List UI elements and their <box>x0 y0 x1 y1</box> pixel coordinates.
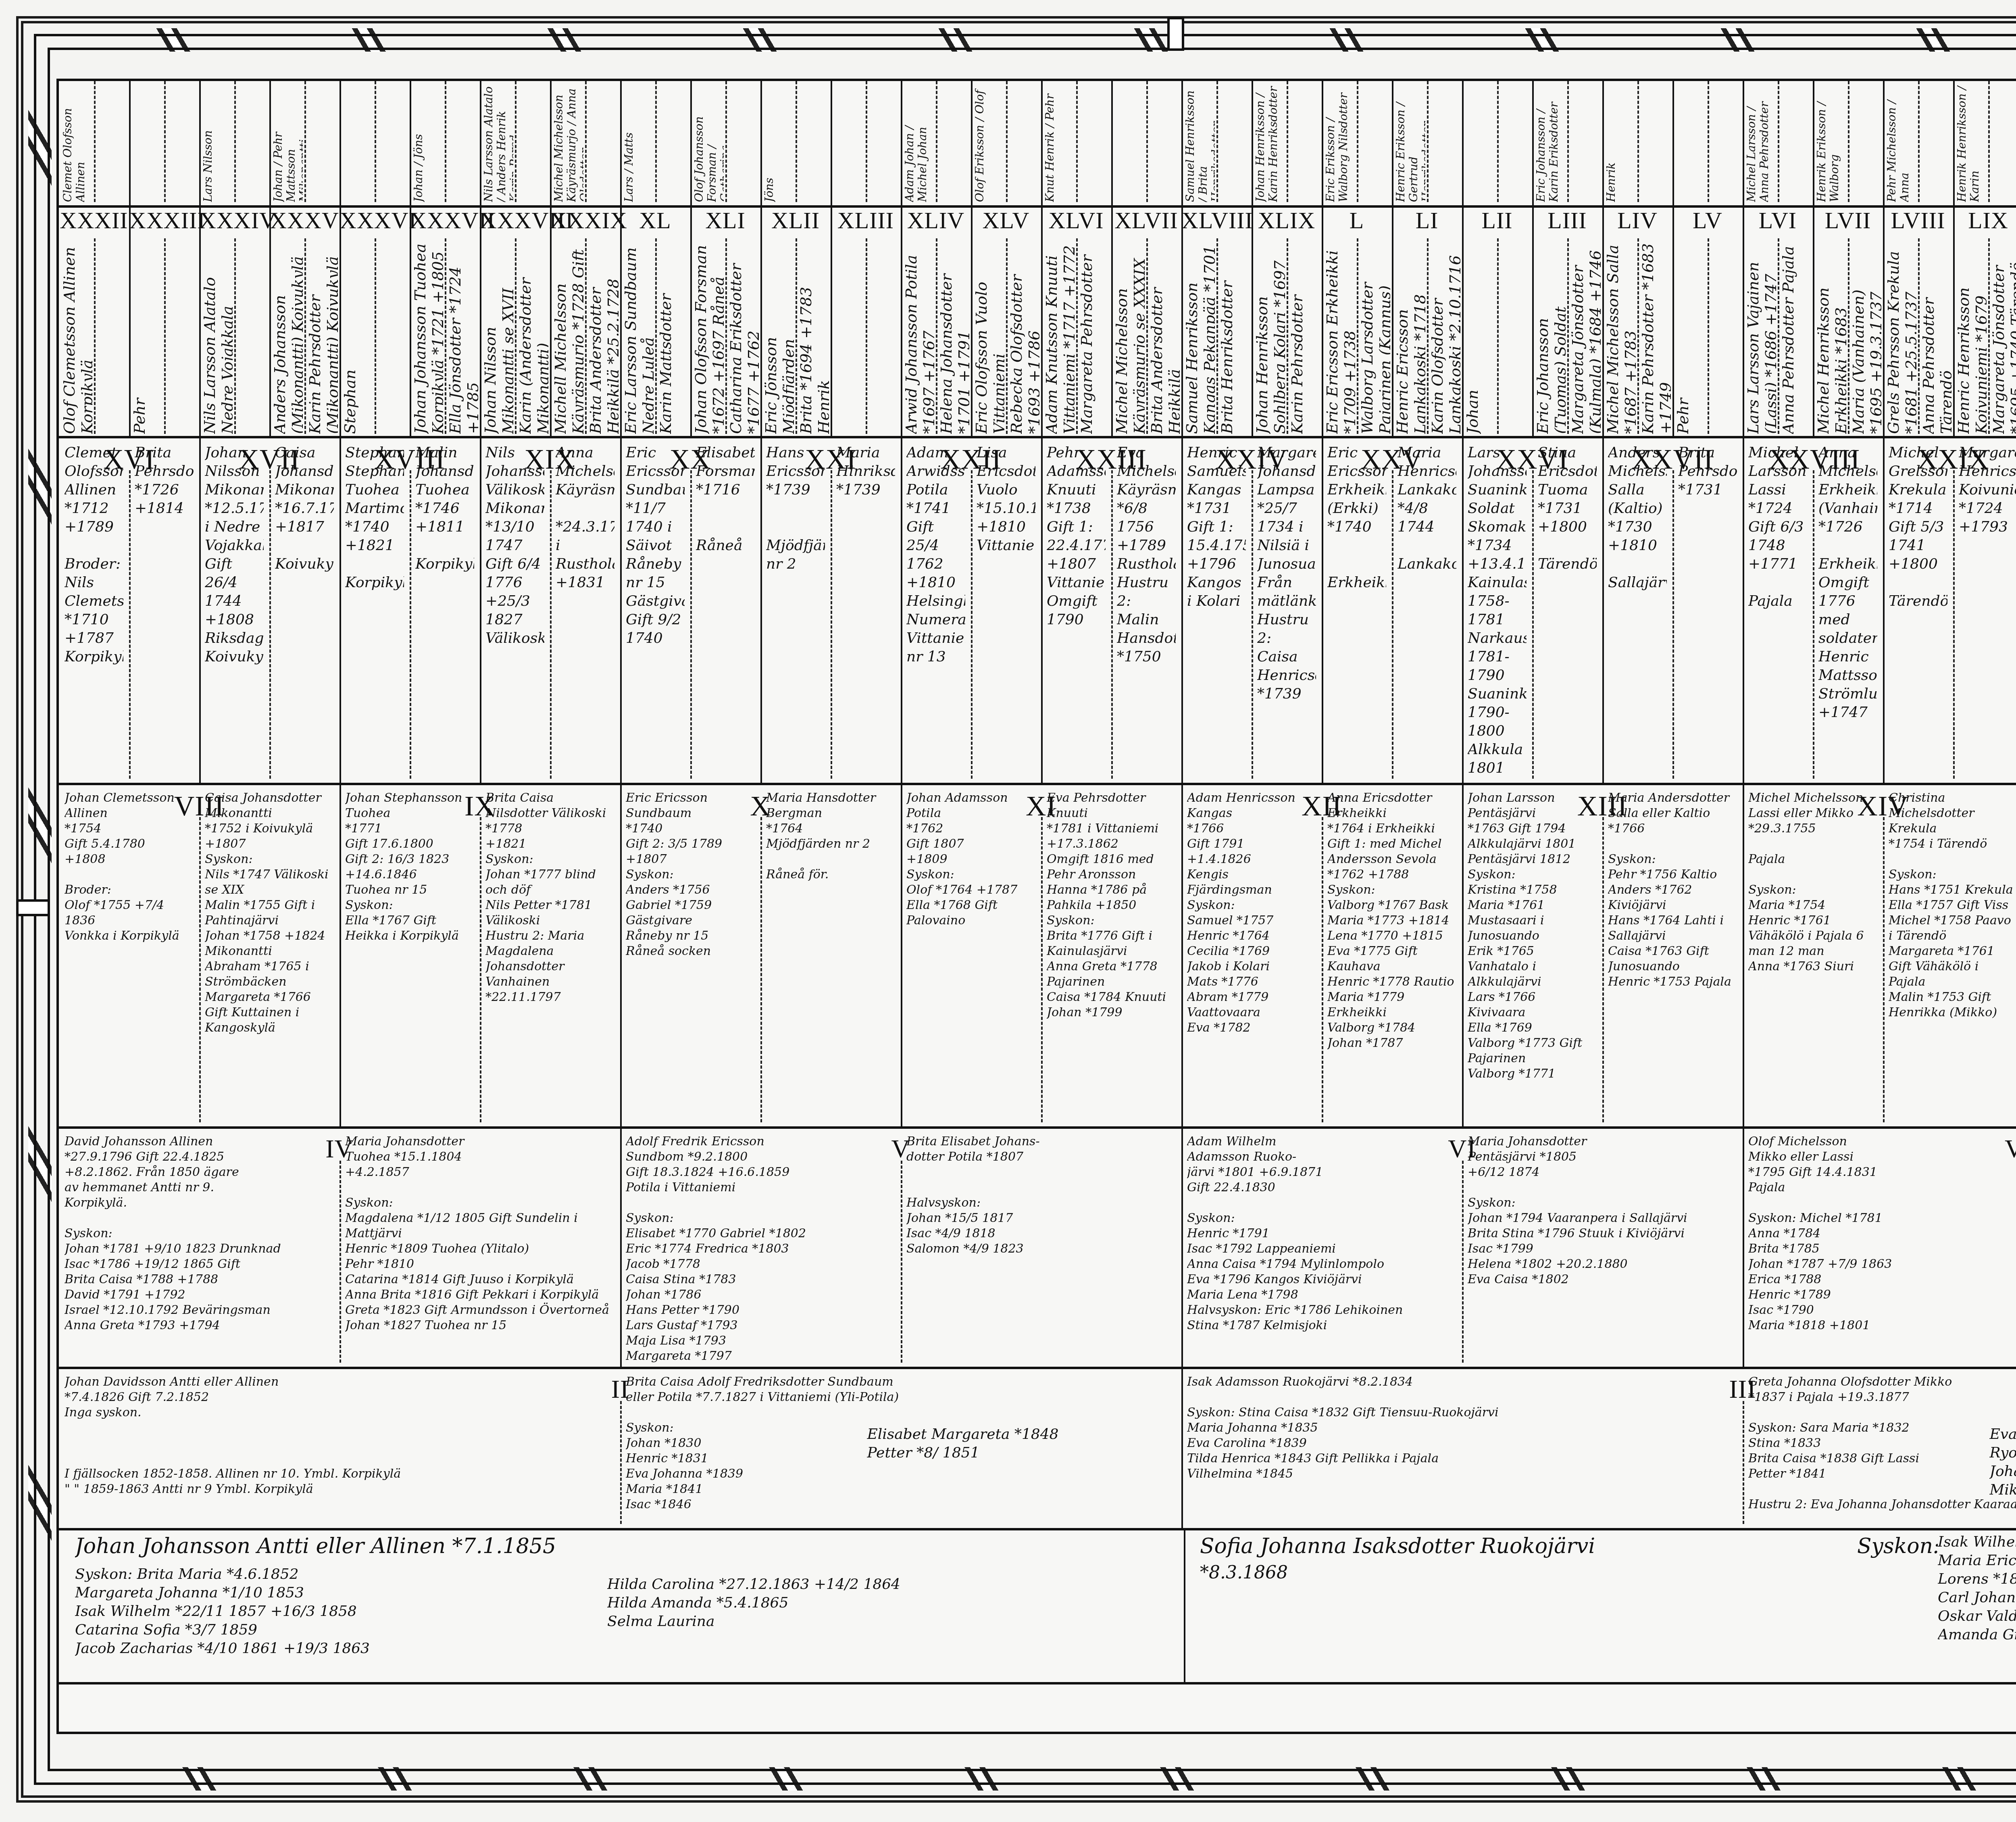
wife-entry: Maria Andersdotter Salla eller Kaltio *1… <box>1608 790 1737 1122</box>
column-divider <box>1181 785 1183 1126</box>
column-divider <box>1602 438 1604 783</box>
husband-entry: Eric Johansson (Tuomas) Soldat <box>1534 240 1566 434</box>
couple-split <box>971 470 973 779</box>
column-divider <box>620 1128 622 1367</box>
parent-header <box>1114 85 1145 202</box>
header-split <box>1988 81 1990 202</box>
husband-entry: Pehr <box>131 240 162 434</box>
wife-entry: Margareta Jönsdotter (Kulmala) *1684 +17… <box>1569 240 1601 434</box>
generation-numeral: XXXIII <box>129 207 199 234</box>
wife-entry <box>96 240 127 434</box>
husband-entry: Johan Adamsson Potila *1762 Gift 1807 +1… <box>906 790 1035 1122</box>
generation-numeral: XLII <box>760 207 831 234</box>
generation-numeral: XLI <box>690 207 760 234</box>
husband-entry: Johan Stephansson Tuohea *1771 Gift 17.6… <box>345 790 474 1122</box>
header-split <box>1708 81 1709 202</box>
couple-split <box>1322 817 1323 1122</box>
wife-entry: Greta Johanna Olofsdotter Mikko *1837 i … <box>1748 1374 2016 1524</box>
husband-entry: Eric Larsson Sundbaum Nedre Luleå <box>622 240 654 434</box>
generation-numeral: XXXIX <box>550 207 620 234</box>
couple-split <box>1602 817 1604 1122</box>
proband-left-name: Johan Johansson Antti eller Allinen *7.1… <box>75 1533 1164 1561</box>
header-split <box>1006 81 1008 202</box>
header-split <box>164 81 166 202</box>
husband-entry: Eric Jönsson Mjödfjärden <box>762 240 794 434</box>
husband-entry: Henric Ericsson Lankakoski *1718 +16.12.… <box>1393 240 1425 434</box>
header-split <box>585 81 587 202</box>
wife-entry: Maria Hansdotter Bergman *1764 Mjödfjärd… <box>766 790 895 1122</box>
generation-numeral: XXXII <box>59 207 129 234</box>
couple-split <box>1111 470 1113 779</box>
column-divider <box>1181 438 1183 783</box>
husband-entry: Michel Larsson Lassi *1724 Gift 6/3 1748… <box>1748 444 1807 779</box>
husband-entry: Eric Ericsson Erkheikki (Erkki) *1740 Er… <box>1327 444 1386 779</box>
parent-header: Eric Eriksson / Walborg Nilsdotter <box>1324 85 1355 202</box>
header-split <box>515 81 516 202</box>
wife-entry: Karin Olofsdotter Lankakoski *2.10.1716 <box>1429 240 1460 434</box>
proband-left-siblings-2: Hilda Carolina *27.12.1863 +14/2 1864 Hi… <box>607 1575 1131 1656</box>
parent-header <box>1464 85 1495 202</box>
parent-header: Pehr Michelsson / Anna <box>1885 85 1916 202</box>
wife-entry <box>166 240 198 434</box>
generation-numeral: LIV <box>1602 207 1672 234</box>
wife-entry: Anna Michelsdotter Erkheikki (Vanhainen)… <box>1818 444 1877 779</box>
wife-entry: Maria Henricsdotter Lankakoski *4/8 1744… <box>1397 444 1456 779</box>
couple-split <box>831 470 832 779</box>
header-split <box>1076 81 1078 202</box>
couple-split <box>129 470 131 779</box>
column-divider <box>901 438 902 783</box>
husband-entry: Michel Michelsson Käyräsmurjo se XXXIX *… <box>1113 240 1145 434</box>
wife-entry <box>1709 240 1741 434</box>
husband-entry: Michel Michelsson Salla *1687 +1783 <box>1604 240 1636 434</box>
husband-entry: Henric Henriksson Koivuniemi *1679 +19.3… <box>1955 240 1987 434</box>
husband-entry: Hans Ericsson *1739 Mjödfjärden nr 2 <box>766 444 825 779</box>
generation-numeral: LVI <box>1743 207 1813 234</box>
couple-split <box>1813 470 1814 779</box>
husband-entry: Johan Johansson Tuohea Korpikylä *1721 +… <box>411 240 443 434</box>
header-split <box>1567 81 1569 202</box>
generation-numeral: LVIII <box>1883 207 1953 234</box>
generation-numeral: XXXVIII <box>480 207 550 234</box>
wife-entry: Rebecka Olofsdotter *1693 +1786 <box>1008 240 1039 434</box>
husband-entry: Eric Ericsson Erkheikki *1709 +1738 <box>1323 240 1355 434</box>
header-split <box>94 81 96 202</box>
couple-split <box>1883 817 1885 1122</box>
parent-header: Eric Johansson / Karin Eriksdotter <box>1535 85 1566 202</box>
couple-split <box>901 1161 902 1363</box>
parent-header: Clemet Olofsson Allinen <box>61 85 92 202</box>
wife-entry <box>1499 240 1531 434</box>
parent-header: Johan / Pehr Mattsson Mikonantti <box>272 85 303 202</box>
header-split <box>1637 81 1639 202</box>
wife-entry <box>867 240 899 434</box>
husband-entry: Michel Michelsson Lassi eller Mikko *29.… <box>1748 790 1877 1122</box>
husband-entry: Johan Clemetsson Allinen *1754 Gift 5.4.… <box>65 790 194 1122</box>
wife-entry: Eva Pehrsdotter Knuuti *1781 i Vittaniem… <box>1047 790 1176 1122</box>
wife-entry: Ella Jönsdotter *1724 +1785 <box>446 240 478 434</box>
generation-numeral: LVII <box>1813 207 1883 234</box>
proband-left-siblings: Syskon: Brita Maria *4.6.1852 Margareta … <box>75 1565 599 1682</box>
husband-entry: Arwid Johansson Potila *1697 +1767 <box>902 240 934 434</box>
rule-gen-5 <box>59 783 2016 785</box>
wife-entry: Brita Henriksdotter <box>1218 240 1250 434</box>
header-split <box>1357 81 1358 202</box>
generation-numeral: XLIX <box>1252 207 1322 234</box>
husband-entry: David Johansson Allinen *27.9.1796 Gift … <box>65 1134 334 1363</box>
husband-entry: Olof Michelsson Mikko eller Lassi *1795 … <box>1748 1134 2016 1363</box>
wife-entry: Anna Ericsdotter Erkheikki *1764 i Erkhe… <box>1327 790 1456 1122</box>
column-divider <box>760 438 762 783</box>
couple-split <box>1953 470 1955 779</box>
husband-entry: Stephan <box>341 240 373 434</box>
parent-header: Henrik Henriksson / Karin <box>1956 85 1987 202</box>
husband-entry: Michell Michelsson Käyräsmurjo *1728 Gif… <box>552 240 583 434</box>
wife-entry: Lisa Ericsdotter Vuolo *15.10.1733 +1810… <box>977 444 1035 779</box>
wife-entry: Brita Andersdotter Heikkilä *25.2.1728 +… <box>587 240 619 434</box>
header-split <box>1848 81 1849 202</box>
couple-split <box>760 817 762 1122</box>
header-split <box>936 81 937 202</box>
header-split <box>1778 81 1779 202</box>
couple-split <box>1462 1161 1464 1363</box>
husband-entry: Adam Knutsson Knuuti Vittaniemi *1717 +1… <box>1043 240 1075 434</box>
column-divider <box>1181 1128 1183 1367</box>
column-divider <box>1462 438 1464 783</box>
wife-entry: Brita *1694 +1783 Henrik <box>797 240 829 434</box>
parent-header <box>1675 85 1706 202</box>
generation-numeral: LV <box>1672 207 1743 234</box>
proband-right-name: Sofia Johanna Isaksdotter Ruokojärvi <box>1200 1533 1885 1561</box>
generation-numeral: XLV <box>971 207 1041 234</box>
wife-entry: Anna Michelsdotter Käyräsmurjo *24.3.175… <box>556 444 614 779</box>
header-split <box>234 81 236 202</box>
wife-entry: Maria (Vanhainen) *1695 +19.3.1737 <box>1849 240 1881 434</box>
parent-header: Johan Henriksson / Karin Henriksdotter <box>1254 85 1285 202</box>
husband-entry: Adam Arwidsson Potila *1741 Gift 25/4 17… <box>906 444 965 779</box>
parent-header <box>342 85 373 202</box>
generation-numeral: XLIII <box>831 207 901 234</box>
husband-entry: Grels Pehrsson Krekula *1681 +25.5.1737 <box>1885 240 1916 434</box>
husband-entry: Samuel Henriksson Kangas Pekanpää *1701 … <box>1183 240 1215 434</box>
parent-header: Olof Johansson Forsman / Catharina Matts… <box>693 85 724 202</box>
husband-entry: Johan Olofsson Forsman *1672 +1697 Råneå… <box>692 240 724 434</box>
parent-header <box>833 85 864 202</box>
husband-entry: Pehr Adamsson Knuuti *1738 Gift 1: 22.4.… <box>1047 444 1106 779</box>
rule-gen-6 <box>59 436 2016 438</box>
generation-numeral: XLIV <box>901 207 971 234</box>
header-split <box>445 81 446 202</box>
wife-entry <box>376 240 408 434</box>
parent-header: Henrik Eriksson / Walborg <box>1815 85 1846 202</box>
column-divider <box>1743 785 1744 1126</box>
generation-numeral: LIX <box>1953 207 2016 234</box>
husband-entry: Michel Henriksson Erkheikki *1683 +25.9.… <box>1814 240 1846 434</box>
parent-header: Henrik <box>1605 85 1636 202</box>
parent-header: Nils Larsson Alatalo / Anders Henrik Kar… <box>482 85 513 202</box>
husband-entry: Stephan Stephansson Tuohea Martimo *1740… <box>345 444 404 779</box>
husband-entry: Lars Larsson Vajainen (Lassi) *1686 +174… <box>1744 240 1776 434</box>
wife-extra-siblings: Elisabet Margareta *1848 Petter *8/ 1851 <box>867 1425 1170 1520</box>
wife-entry: Maria Hinriksdotter *1739 <box>836 444 895 779</box>
husband-entry: Pehr <box>1674 240 1706 434</box>
husband-entry: Isak Adamsson Ruokojärvi *8.2.1834 Sysko… <box>1187 1374 1737 1524</box>
header-split <box>1287 81 1288 202</box>
husband-entry: Johan Larsson Pentäsjärvi *1763 Gift 179… <box>1468 790 1597 1122</box>
column-divider <box>199 438 201 783</box>
wife-extra-siblings: Eva Carolina *1843 Gift Ryon-Mettäsniemi… <box>1989 1425 2016 1520</box>
parent-header: Adam Johan / Michel Johan <box>903 85 934 202</box>
wife-entry: Caisa Johansdotter Mikonantti *1752 i Ko… <box>205 790 334 1122</box>
parent-header: Michel Michelsson Käyräsmurjo / Anna Ols… <box>552 85 583 202</box>
husband-entry: Adolf Fredrik Ericsson Sundbom *9.2.1800… <box>626 1134 895 1363</box>
wife-entry: Stina Ericsdotter Tuoma *1731 +1800 Täre… <box>1538 444 1597 779</box>
wife-entry: Anna Pehrsdotter Tärendö <box>1920 240 1951 434</box>
husband-entry: Eric Ericsson Sundbaum *11/7 1740 i Säiv… <box>626 444 685 779</box>
couple-split <box>1252 470 1253 779</box>
header-split <box>304 81 306 202</box>
parent-header: Michel Larsson / Anna Pehrsdotter <box>1745 85 1776 202</box>
wife-entry: Maria Johansdotter Tuohea *15.1.1804 +4.… <box>345 1134 614 1363</box>
wife-entry: Anna Pehrsdotter Pajala <box>1779 240 1811 434</box>
husband-entry: Michel Grelsson Krekula *1714 Gift 5/3 1… <box>1889 444 1947 779</box>
generation-numeral: LII <box>1462 207 1532 234</box>
parent-header: Knut Henrik / Pehr <box>1043 85 1075 202</box>
couple-split <box>480 817 481 1122</box>
wife-entry: Margareta Johansdotter Lampsa *25/7 1734… <box>1257 444 1316 779</box>
couple-split <box>550 470 552 779</box>
wife-entry: Margareta Henricsdotter Koivuniemi *1724… <box>1959 444 2016 779</box>
parent-header: Jöns <box>763 85 794 202</box>
proband-right-siblings-label: Syskon: <box>1857 1533 1938 1561</box>
husband-entry: Eric Olofsson Vuolo Vittaniemi <box>973 240 1004 434</box>
husband-entry: Johan Davidsson Antti eller Allinen *7.4… <box>65 1374 614 1524</box>
frame-clasp-left <box>16 899 50 916</box>
wife-entry: Karin Pehrsdotter <box>1288 240 1320 434</box>
husband-entry: Johan <box>1464 240 1495 434</box>
rule-gen-4 <box>59 1126 2016 1129</box>
parent-header: Samuel Henriksson / Brita Henriksdotter <box>1184 85 1215 202</box>
couple-split <box>269 470 271 779</box>
husband-entry: Clemet Olofsson Allinen *1712 +1789 Brod… <box>65 444 123 779</box>
column-divider <box>1322 438 1323 783</box>
generation-numeral: XLVII <box>1111 207 1181 234</box>
wife-entry: Maria Johansdotter Pentäsjärvi *1805 +6/… <box>1468 1134 1737 1363</box>
couple-split <box>410 470 411 779</box>
wife-entry: Karin Pehrsdotter (Mikonantti) Koivukylä <box>306 240 338 434</box>
header-split <box>655 81 657 202</box>
parent-header: Lars Nilsson <box>202 85 233 202</box>
column-divider <box>620 785 622 1126</box>
header-split <box>1918 81 1920 202</box>
husband-entry: Eric Ericsson Sundbaum *1740 Gift 2: 3/5… <box>626 790 755 1122</box>
generation-numeral: L <box>1322 207 1392 234</box>
wife-entry: Helena Johansdotter *1701 +1791 <box>937 240 969 434</box>
generation-numeral: XXXIV <box>199 207 269 234</box>
husband-entry: Adam Wilhelm Adamsson Ruoko- järvi *1801… <box>1187 1134 1456 1363</box>
wife-entry: Brita Pehrsdotter *1731 <box>1678 444 1737 779</box>
parent-header: Johan / Jöns <box>412 85 443 202</box>
column-divider <box>1462 785 1464 1126</box>
generation-numeral: LIII <box>1532 207 1602 234</box>
couple-split <box>339 1161 341 1363</box>
wife-entry: Brita Caisa Nilsdotter Välikoski *1778 +… <box>485 790 614 1122</box>
husband-entry: Johan Henriksson Sohlberg Kolari *1697 +… <box>1253 240 1285 434</box>
generation-numeral: XLVIII <box>1181 207 1252 234</box>
column-divider <box>339 785 341 1126</box>
wife-entry: Elisabet Forsman *1716 Råneå <box>696 444 755 779</box>
husband-entry: Anders Johansson (Mikonantti) Koivukylä <box>271 240 303 434</box>
rule-gen-3 <box>59 1367 2016 1369</box>
parent-header: Olof Eriksson / Olof <box>973 85 1004 202</box>
column-divider <box>1041 438 1043 783</box>
wife-entry <box>236 240 268 434</box>
wife-entry: Brita Pehrsdotter *1726 +1814 <box>135 444 194 779</box>
generation-numeral: LI <box>1392 207 1462 234</box>
parent-header: Henric Eriksson / Gertrud Henriksdotter <box>1394 85 1425 202</box>
couple-split <box>1743 1401 1744 1524</box>
couple-split <box>1672 470 1674 779</box>
header-split <box>866 81 867 202</box>
column-divider <box>480 438 481 783</box>
husband-entry: Olof Clemetsson Allinen Korpikylä <box>60 240 92 434</box>
column-divider <box>1743 438 1744 783</box>
column-divider <box>620 438 622 783</box>
wife-entry: Karin Mattsdotter <box>657 240 689 434</box>
rule-gen-2 <box>59 1528 2016 1530</box>
generation-numeral: XLVI <box>1041 207 1111 234</box>
proband-right-birth: *8.3.1868 <box>1200 1561 1442 1585</box>
header-split <box>1427 81 1429 202</box>
wife-entry: Christina Michelsdotter Krekula *1754 i … <box>1889 790 2016 1122</box>
divider-gen-1 <box>1184 1528 1185 1682</box>
header-split <box>796 81 797 202</box>
generation-numeral: XL <box>620 207 690 234</box>
generation-numeral: XXXVI <box>339 207 410 234</box>
header-split <box>1146 81 1148 202</box>
wife-entry: Brita Elisabet Johans- dotter Potila *18… <box>906 1134 1176 1363</box>
ancestor-table: Clemet Olofsson AllinenXXXIIOlof Clemets… <box>56 79 2016 1734</box>
wife-entry: Eva Michelsdotter Käyräsmurjo *6/8 1756 … <box>1117 444 1176 779</box>
couple-split <box>690 470 692 779</box>
couple-split <box>620 1401 622 1524</box>
husband-entry: Nils Johansson Välikoski Mikonantti *13/… <box>485 444 544 779</box>
header-split <box>1216 81 1218 202</box>
couple-split <box>1532 470 1534 779</box>
husband-entry <box>832 240 864 434</box>
column-divider <box>339 438 341 783</box>
wife-entry: Caisa Johansdotter Mikonantti *16.7.1722… <box>275 444 334 779</box>
husband-entry: Johan Nilsson Mikonantti *12.5.1722 i Ne… <box>205 444 264 779</box>
wife-entry: Karin Pehrsdotter *1683 +1749 <box>1639 240 1671 434</box>
husband-entry: Anders Michelsson Salla (Kaltio) *1730 +… <box>1608 444 1667 779</box>
husband-entry: Lars Johansson Suaninki Soldat Skomakare… <box>1468 444 1527 779</box>
couple-split <box>199 817 201 1122</box>
parent-header <box>131 85 162 202</box>
frame-clasp-top <box>1167 17 1184 51</box>
column-divider <box>1883 438 1885 783</box>
wife-entry: Margareta Jönsdotter *1695 +1740 Tärendö <box>1990 240 2016 434</box>
wife-entry: Walborg Larsdotter Pajarinen (Kannus) *1… <box>1358 240 1390 434</box>
proband-right-siblings: Isak Wilhelm *1860 +1884 Maria Erica *16… <box>1938 1533 2016 1682</box>
wife-entry: Catharina Eriksdotter *1677 +1762 Nederk… <box>727 240 759 434</box>
column-divider <box>901 785 902 1126</box>
rule-gen-1 <box>59 1682 2016 1684</box>
husband-entry: Johan Nilsson Mikonantti se XVII <box>481 240 513 434</box>
husband-entry: Adam Henricsson Kangas *1766 Gift 1791 +… <box>1187 790 1316 1122</box>
wife-entry: Brita Andersdotter Heikkilä <box>1148 240 1180 434</box>
header-split <box>1497 81 1499 202</box>
couple-split <box>1392 470 1393 779</box>
column-divider <box>1181 1369 1183 1528</box>
generation-numeral: XXXV <box>269 207 339 234</box>
husband-entry: Henric Samuelsson Kangas *1731 Gift 1: 1… <box>1187 444 1246 779</box>
column-divider <box>1743 1128 1744 1367</box>
header-split <box>375 81 376 202</box>
generation-numeral: XXXVII <box>410 207 480 234</box>
header-split <box>725 81 727 202</box>
wife-entry: Karin (Andersdotter Mikonantti) <box>516 240 548 434</box>
wife-entry: Margareta Pehrsdotter <box>1078 240 1110 434</box>
parent-header: Lars / Matts <box>623 85 654 202</box>
wife-entry: Malin Johansdotter Tuohea *1746 +1811 Ko… <box>415 444 474 779</box>
husband-entry: Nils Larsson Alatalo Nedre Vojakkala <box>201 240 233 434</box>
couple-split <box>1041 817 1043 1122</box>
